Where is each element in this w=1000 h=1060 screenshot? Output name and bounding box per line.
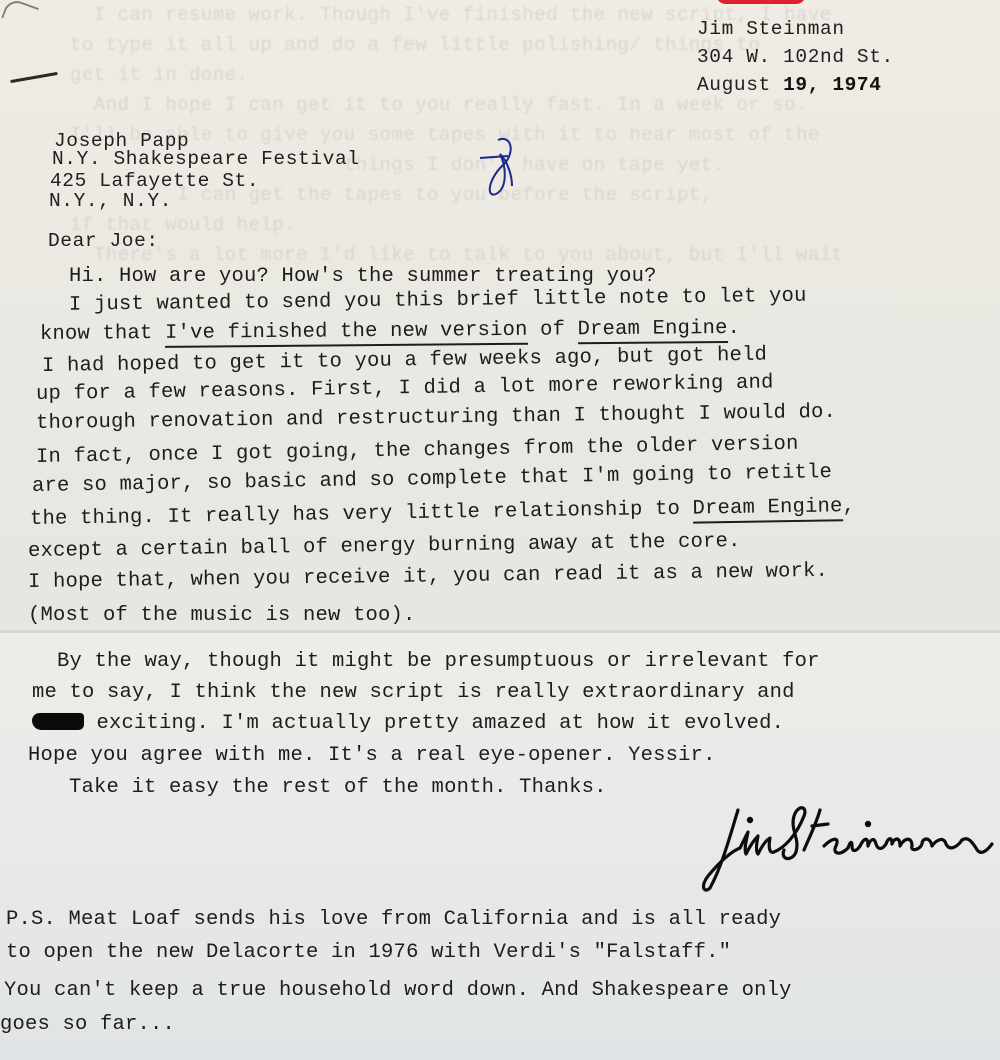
text-run: know that xyxy=(40,322,165,346)
page-fold xyxy=(0,630,1000,633)
underlined-phrase: I've finished the new version xyxy=(165,319,528,348)
redacted-word xyxy=(32,713,84,730)
body-line: (Most of the music is new too). xyxy=(28,604,416,627)
body-line: Take it easy the rest of the month. Than… xyxy=(44,776,607,799)
salutation: Dear Joe: xyxy=(48,230,159,252)
text-run: , xyxy=(842,495,855,518)
recipient-street: 425 Lafayette St. xyxy=(50,170,259,192)
ps-line: to open the new Delacorte in 1976 with V… xyxy=(6,941,731,964)
body-line: Hi. How are you? How's the summer treati… xyxy=(44,265,657,288)
body-line: Hope you agree with me. It's a real eye-… xyxy=(28,744,716,767)
recipient-org: N.Y. Shakespeare Festival xyxy=(52,148,360,170)
text-run: exciting. I'm actually pretty amazed at … xyxy=(84,712,784,735)
sender-address: 304 W. 102nd St. xyxy=(697,46,894,68)
ps-line: goes so far... xyxy=(0,1013,175,1036)
text-run: . xyxy=(728,317,741,340)
date-month: August xyxy=(697,74,783,96)
body-line: know that I've finished the new version … xyxy=(40,317,740,346)
ps-line: P.S. Meat Loaf sends his love from Calif… xyxy=(6,908,781,931)
ps-line: You can't keep a true household word dow… xyxy=(4,979,792,1002)
red-ink-mark xyxy=(716,0,806,4)
signature-jim-steinman-icon: Jim Steinman xyxy=(700,796,1000,896)
handwritten-initials-icon xyxy=(478,136,528,202)
sender-name: Jim Steinman xyxy=(697,18,845,40)
text-run: of xyxy=(527,318,577,341)
play-title-dream-engine: Dream Engine xyxy=(577,317,727,344)
body-line: me to say, I think the new script is rea… xyxy=(32,681,795,704)
body-line: By the way, though it might be presumptu… xyxy=(32,650,820,673)
body-line: exciting. I'm actually pretty amazed at … xyxy=(32,712,784,735)
date-day-year: 19, 1974 xyxy=(783,74,881,96)
play-title-dream-engine: Dream Engine xyxy=(692,495,842,523)
recipient-city: N.Y., N.Y. xyxy=(49,190,172,212)
letter-date: August 19, 1974 xyxy=(697,74,882,96)
